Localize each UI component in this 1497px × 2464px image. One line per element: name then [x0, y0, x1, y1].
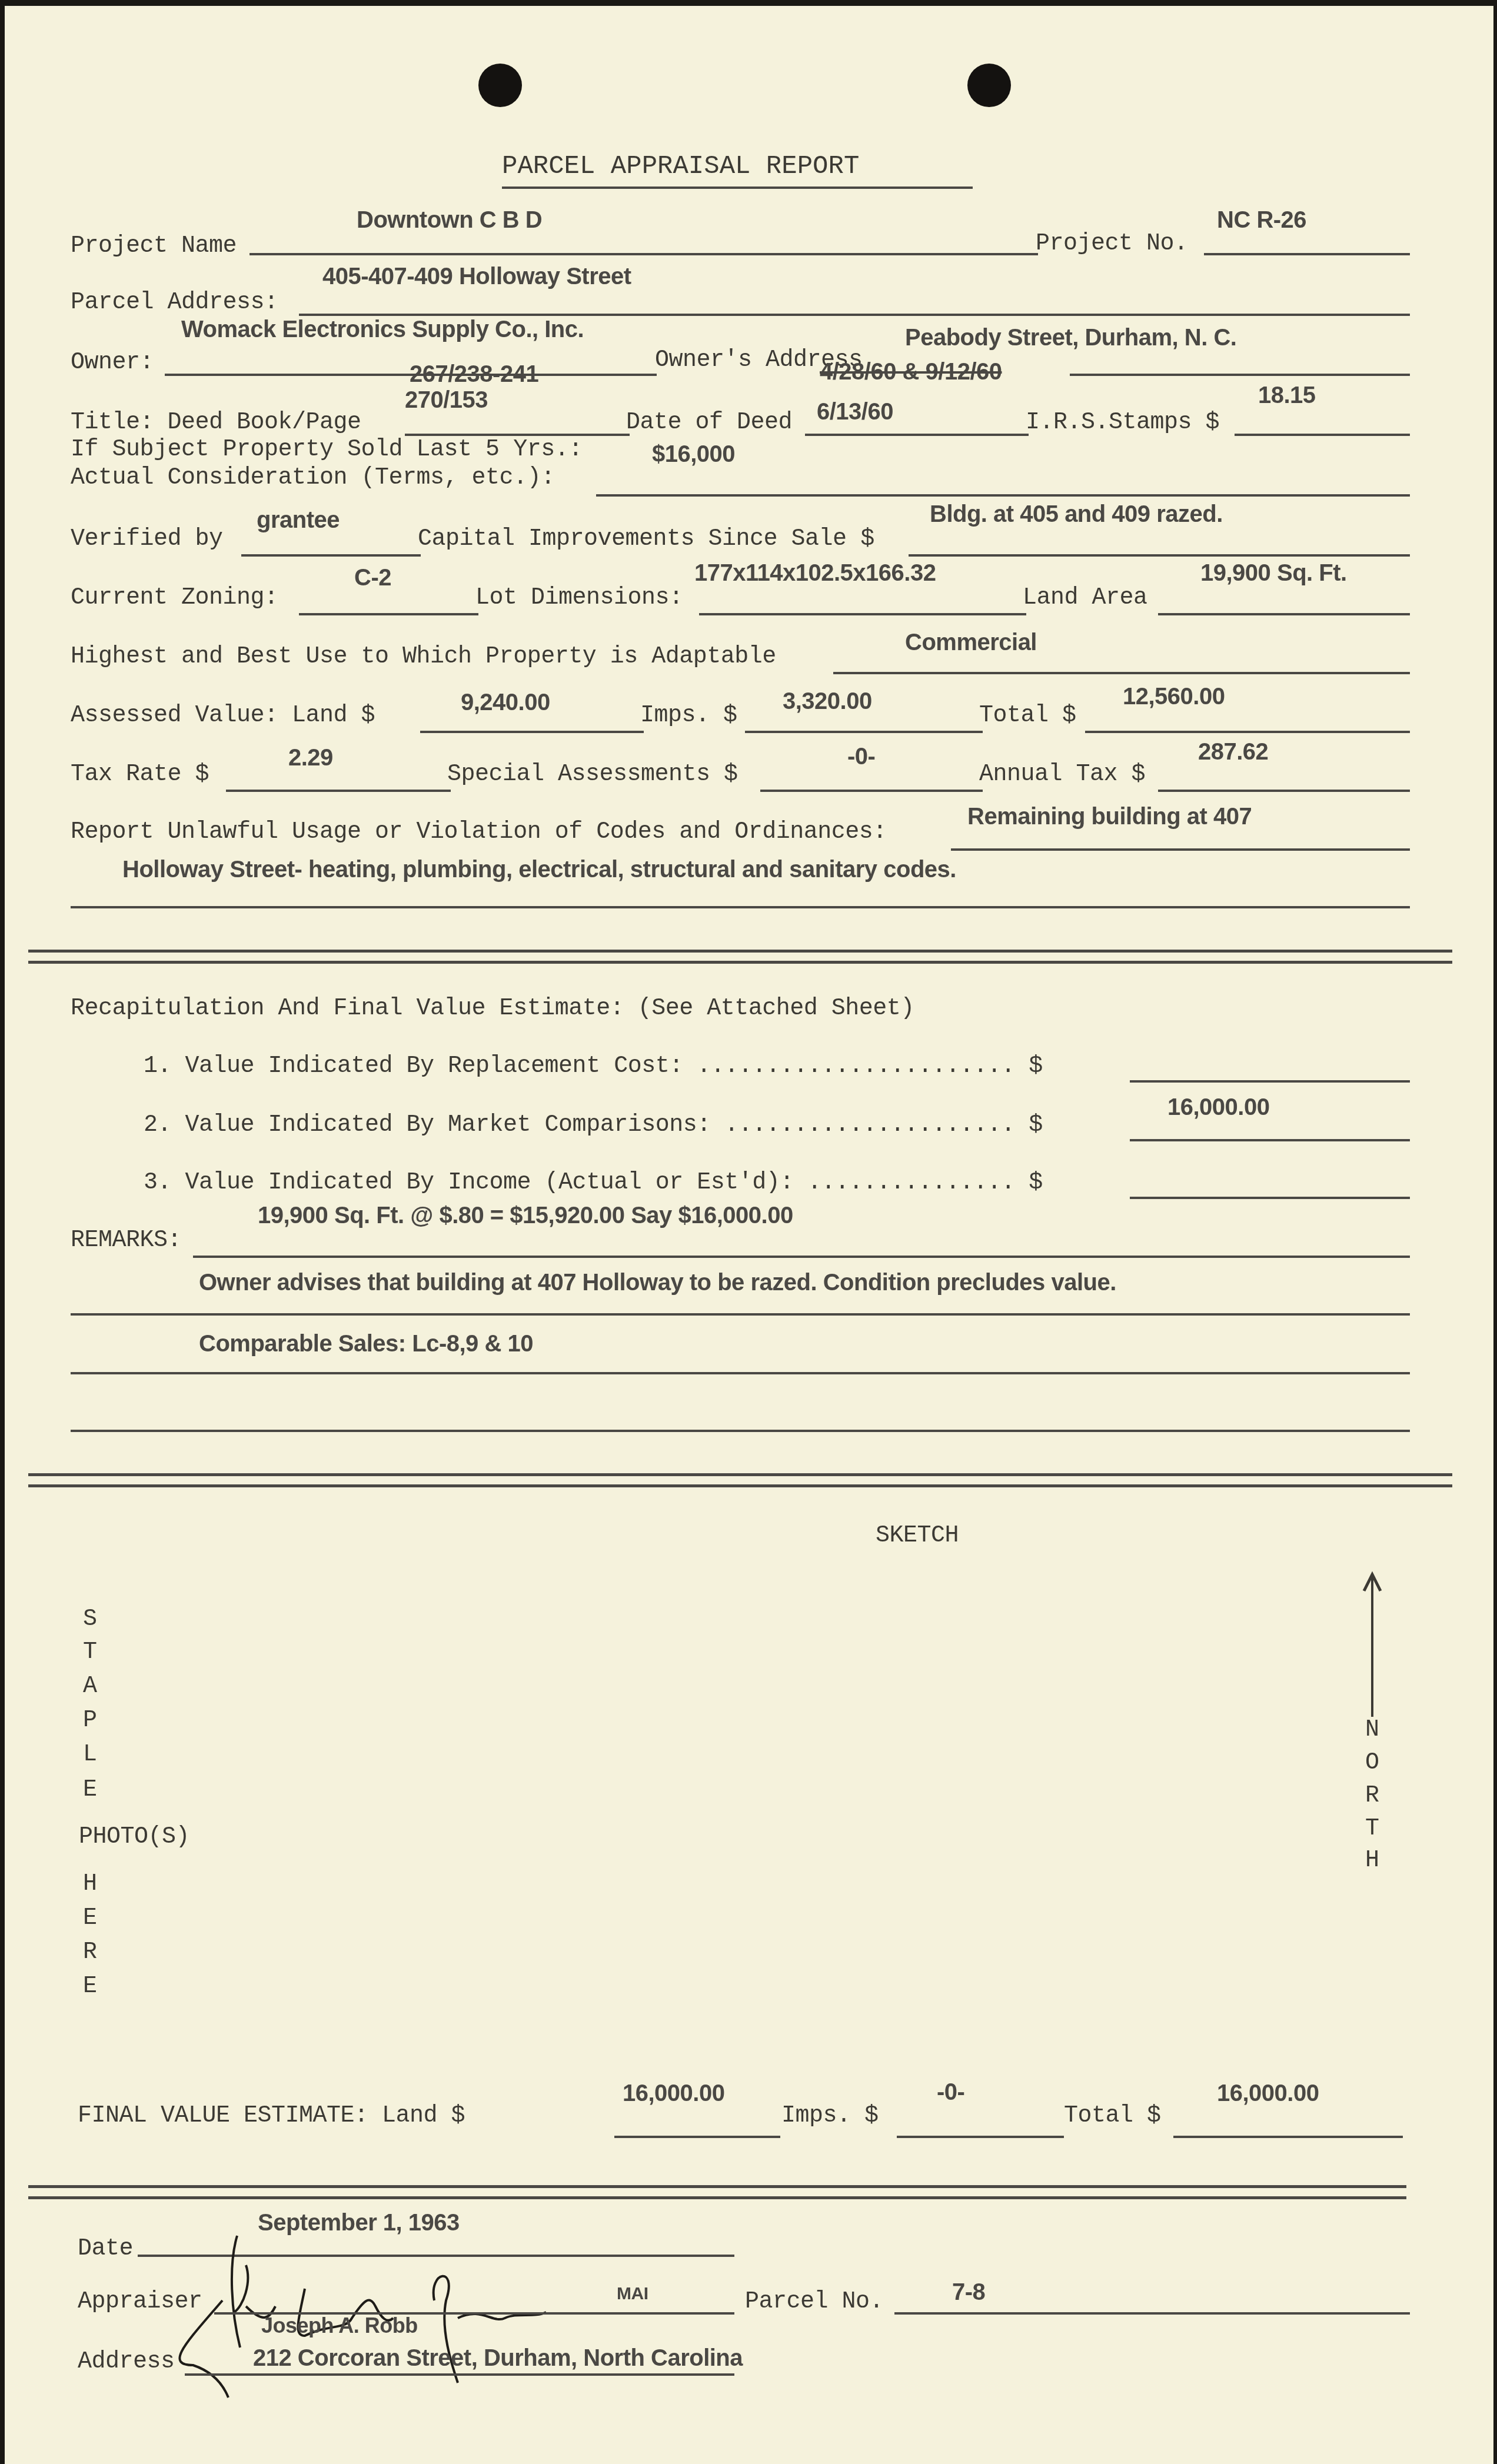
recap-replacement-cost-label: 1. Value Indicated By Replacement Cost: …	[144, 1053, 1043, 1080]
owner-address-value: Peabody Street, Durham, N. C.	[905, 325, 1236, 351]
page-title: PARCEL APPRAISAL REPORT	[502, 152, 859, 181]
parcel-address-value: 405-407-409 Holloway Street	[322, 264, 631, 290]
appraiser-name-value: Joseph A. Robb	[261, 2313, 418, 2338]
recap-income-label: 3. Value Indicated By Income (Actual or …	[144, 1170, 1043, 1196]
zoning-value: C-2	[354, 565, 391, 591]
appraiser-address-label: Address	[78, 2349, 175, 2375]
remarks-field-line1[interactable]	[193, 1256, 1410, 1258]
recap-heading: Recapitulation And Final Value Estimate:…	[71, 995, 914, 1022]
north-arrow-icon	[1360, 1571, 1384, 1718]
final-total-field[interactable]	[1173, 2136, 1403, 2138]
assessed-land-value: 9,240.00	[461, 690, 550, 716]
assessed-imps-value: 3,320.00	[783, 688, 872, 715]
deed-book-struck-value: 267/238-241	[410, 361, 538, 388]
final-total-label: Total $	[1064, 2103, 1161, 2129]
project-no-field[interactable]	[1204, 253, 1410, 255]
project-name-field[interactable]	[249, 253, 1038, 255]
final-imps-value: -0-	[937, 2079, 964, 2106]
binder-hole-left	[478, 64, 522, 107]
final-land-value: 16,000.00	[623, 2080, 724, 2107]
assessed-total-label: Total $	[979, 702, 1076, 729]
irs-stamps-label: I.R.S.Stamps $	[1026, 409, 1219, 436]
violations-field-line1[interactable]	[951, 848, 1410, 851]
irs-stamps-field[interactable]	[1235, 434, 1410, 436]
appraiser-address-value: 212 Corcoran Street, Durham, North Carol…	[253, 2345, 743, 2372]
remarks-field-line2[interactable]	[71, 1313, 1410, 1316]
tax-rate-label: Tax Rate $	[71, 761, 209, 788]
violations-field-line2[interactable]	[71, 906, 1410, 908]
land-area-value: 19,900 Sq. Ft.	[1200, 560, 1347, 587]
tax-rate-field[interactable]	[226, 790, 451, 792]
binder-hole-right	[967, 64, 1011, 107]
assessed-total-field[interactable]	[1085, 731, 1410, 733]
project-no-value: NC R-26	[1217, 207, 1306, 234]
recap-replacement-cost-field[interactable]	[1130, 1080, 1410, 1083]
capital-improvements-value: Bldg. at 405 and 409 razed.	[930, 501, 1223, 528]
verified-by-label: Verified by	[71, 526, 223, 552]
project-name-label: Project Name	[71, 233, 237, 259]
zoning-field[interactable]	[299, 613, 478, 615]
remarks-line2: Comparable Sales: Lc-8,9 & 10	[199, 1331, 533, 1357]
section-divider	[28, 2185, 1406, 2199]
photos-label: PHOTO(S)	[79, 1824, 189, 1850]
assessed-imps-field[interactable]	[745, 731, 983, 733]
parcel-no-label: Parcel No.	[745, 2289, 883, 2315]
annual-tax-field[interactable]	[1158, 790, 1410, 792]
assessed-land-field[interactable]	[420, 731, 644, 733]
sold-last-5-yrs-value: $16,000	[652, 441, 735, 468]
final-value-label: FINAL VALUE ESTIMATE: Land $	[78, 2103, 465, 2129]
report-date-label: Date	[78, 2236, 133, 2262]
deed-book-field[interactable]	[405, 434, 630, 436]
violations-label: Report Unlawful Usage or Violation of Co…	[71, 819, 887, 845]
deed-date-struck-value: 4/28/60 & 9/12/60	[820, 359, 1002, 385]
assessed-value-label: Assessed Value: Land $	[71, 702, 375, 729]
project-no-label: Project No.	[1036, 231, 1188, 257]
irs-stamps-value: 18.15	[1258, 382, 1316, 409]
project-name-value: Downtown C B D	[357, 207, 542, 234]
final-total-value: 16,000.00	[1217, 2080, 1319, 2107]
section-divider	[28, 1473, 1452, 1487]
recap-market-comparisons-field[interactable]	[1130, 1139, 1410, 1141]
final-land-field[interactable]	[614, 2136, 780, 2138]
capital-improvements-label: Capital Improvements Since Sale $	[418, 526, 874, 552]
violations-value-line2: Holloway Street- heating, plumbing, elec…	[122, 857, 956, 883]
deed-date-field[interactable]	[805, 434, 1029, 436]
final-imps-field[interactable]	[897, 2136, 1064, 2138]
title-underline	[502, 187, 973, 189]
lot-dimensions-value: 177x114x102.5x166.32	[694, 560, 936, 587]
remarks-label: REMARKS:	[71, 1227, 181, 1254]
deed-date-label: Date of Deed	[626, 409, 792, 436]
recap-calculation: 19,900 Sq. Ft. @ $.80 = $15,920.00 Say $…	[258, 1203, 793, 1229]
violations-value-line1: Remaining building at 407	[967, 804, 1252, 830]
zoning-label: Current Zoning:	[71, 585, 278, 611]
consideration-label: Actual Consideration (Terms, etc.):	[71, 465, 555, 491]
appraiser-address-field[interactable]	[185, 2373, 734, 2376]
consideration-field[interactable]	[596, 494, 1410, 497]
verified-by-field[interactable]	[241, 554, 421, 557]
final-imps-label: Imps. $	[781, 2103, 879, 2129]
special-assessments-label: Special Assessments $	[447, 761, 738, 788]
remarks-field-line3[interactable]	[71, 1372, 1410, 1374]
lot-dimensions-field[interactable]	[699, 613, 1026, 615]
assessed-imps-label: Imps. $	[640, 702, 737, 729]
sold-last-5-yrs-label: If Subject Property Sold Last 5 Yrs.:	[71, 437, 583, 463]
appraisal-form-page: PARCEL APPRAISAL REPORT Downtown C B D N…	[5, 6, 1493, 2464]
parcel-address-field[interactable]	[299, 314, 1410, 316]
highest-best-use-label: Highest and Best Use to Which Property i…	[71, 644, 776, 670]
deed-book-value: 270/153	[405, 387, 488, 414]
tax-rate-value: 2.29	[288, 745, 333, 771]
highest-best-use-field[interactable]	[833, 672, 1410, 674]
special-assessments-value: -0-	[847, 744, 875, 770]
recap-market-comparisons-value: 16,000.00	[1167, 1094, 1269, 1121]
annual-tax-label: Annual Tax $	[979, 761, 1145, 788]
land-area-label: Land Area	[1023, 585, 1147, 611]
remarks-field-line4[interactable]	[71, 1430, 1410, 1432]
deed-date-value: 6/13/60	[817, 399, 893, 425]
verified-by-value: grantee	[257, 507, 340, 534]
assessed-total-value: 12,560.00	[1123, 684, 1225, 710]
capital-improvements-field[interactable]	[909, 554, 1410, 557]
parcel-address-label: Parcel Address:	[71, 289, 278, 316]
lot-dimensions-label: Lot Dimensions:	[475, 585, 683, 611]
parcel-no-value: 7-8	[952, 2279, 985, 2306]
special-assessments-field[interactable]	[760, 790, 983, 792]
remarks-line1: Owner advises that building at 407 Hollo…	[199, 1270, 1116, 1296]
recap-market-comparisons-label: 2. Value Indicated By Market Comparisons…	[144, 1112, 1043, 1138]
owner-address-field[interactable]	[1070, 374, 1410, 376]
deed-book-label: Title: Deed Book/Page	[71, 409, 361, 436]
parcel-no-field[interactable]	[894, 2312, 1410, 2315]
annual-tax-value: 287.62	[1198, 739, 1268, 765]
highest-best-use-value: Commercial	[905, 630, 1037, 656]
sketch-title: SKETCH	[876, 1523, 959, 1549]
section-divider	[28, 950, 1452, 964]
owner-label: Owner:	[71, 349, 154, 376]
land-area-field[interactable]	[1158, 613, 1410, 615]
appraiser-designation: MAI	[617, 2284, 648, 2304]
recap-income-field[interactable]	[1130, 1197, 1410, 1199]
owner-value: Womack Electronics Supply Co., Inc.	[181, 317, 584, 343]
